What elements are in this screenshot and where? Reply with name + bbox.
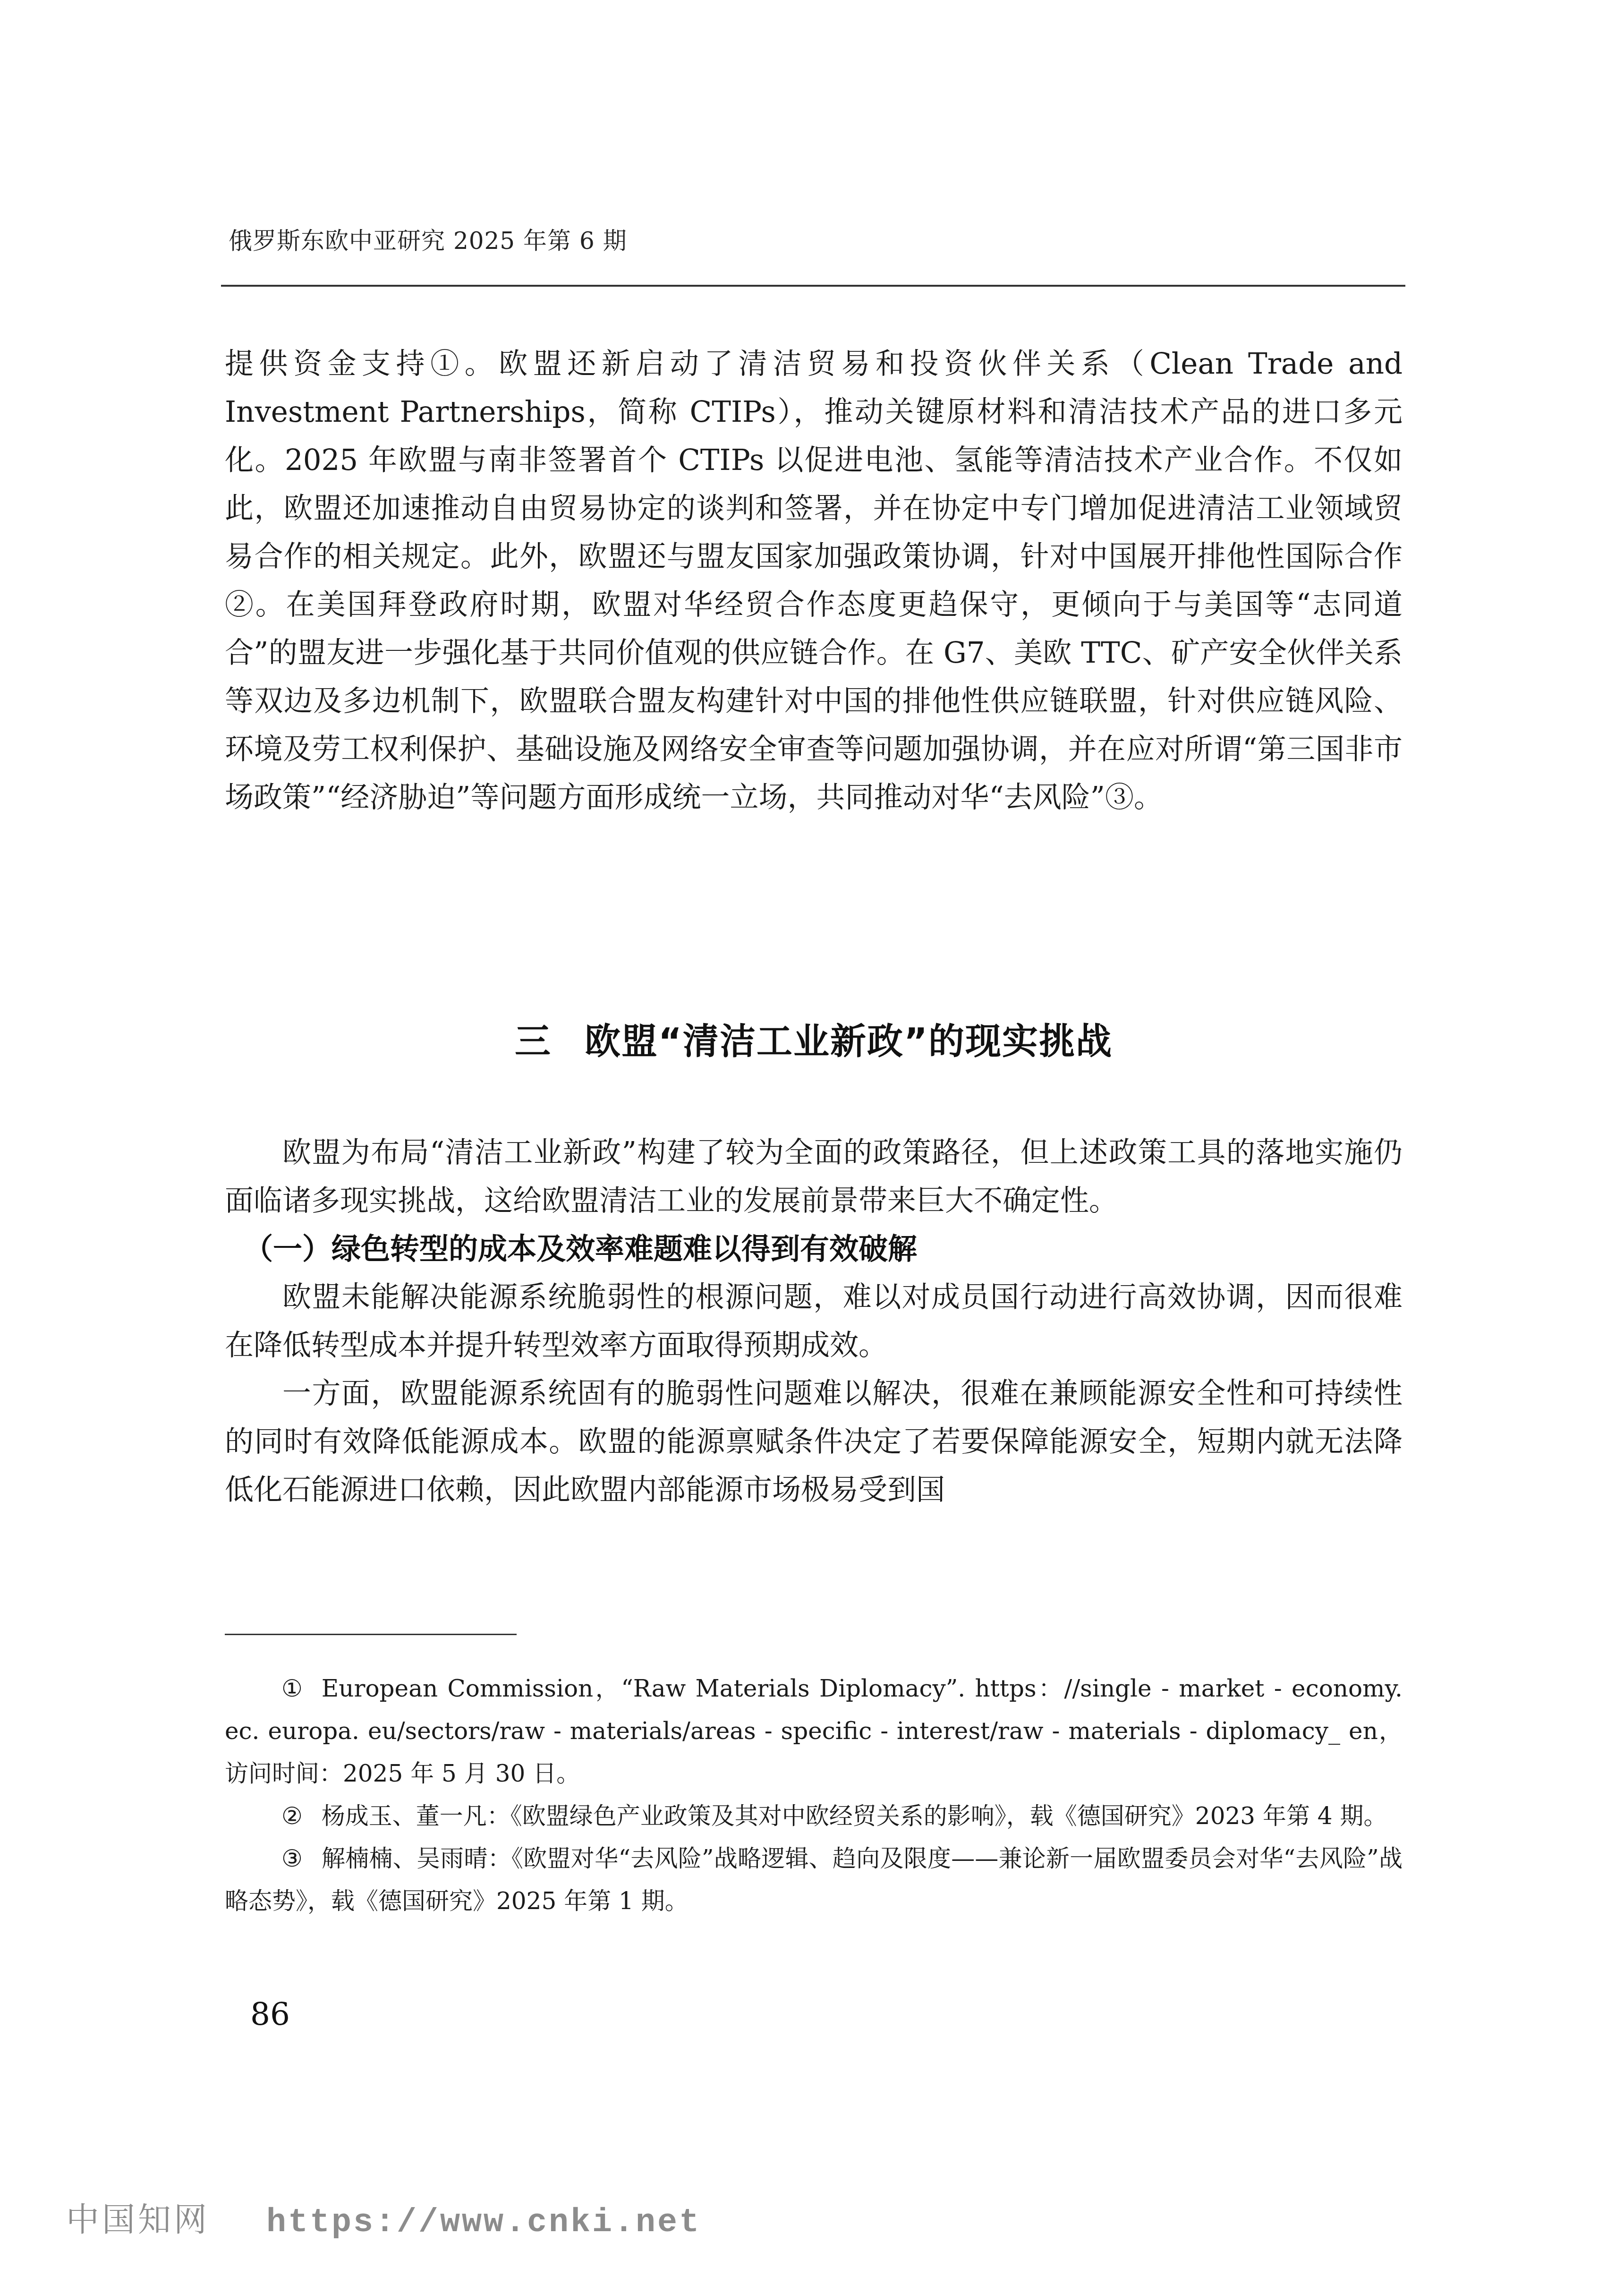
page-header: 俄罗斯东欧中亚研究 2025 年第 6 期	[221, 222, 1405, 274]
watermark-url: https://www.cnki.net	[266, 2204, 701, 2242]
footnote-text: European Commission，“Raw Materials Diplo…	[225, 1675, 1403, 1787]
section-number: 三	[515, 1020, 552, 1062]
section-heading: 三欧盟“清洁工业新政”的现实挑战	[225, 1015, 1403, 1067]
paragraph: 一方面，欧盟能源系统固有的脆弱性问题难以解决，很难在兼顾能源安全性和可持续性的同…	[225, 1370, 1403, 1514]
header-rule	[221, 285, 1405, 287]
footnotes: ①European Commission，“Raw Materials Dipl…	[225, 1667, 1403, 1922]
section-intro-paragraph: 欧盟为布局“清洁工业新政”构建了较为全面的政策路径，但上述政策工具的落地实施仍面…	[225, 1129, 1403, 1225]
paragraph: 欧盟未能解决能源系统脆弱性的根源问题，难以对成员国行动进行高效协调，因而很难在降…	[225, 1273, 1403, 1370]
section-body: 欧盟为布局“清洁工业新政”构建了较为全面的政策路径，但上述政策工具的落地实施仍面…	[225, 1129, 1403, 1514]
paragraph-continued: 提供资金支持①。欧盟还新启动了清洁贸易和投资伙伴关系（Clean Trade a…	[225, 340, 1403, 822]
watermark-name: 中国知网	[66, 2200, 210, 2239]
footnote-2: ②杨成玉、董一凡：《欧盟绿色产业政策及其对中欧经贸关系的影响》，载《德国研究》2…	[225, 1795, 1403, 1837]
footnote-rule	[225, 1634, 517, 1635]
page-number: 86	[250, 1993, 290, 2036]
section-title: 欧盟“清洁工业新政”的现实挑战	[585, 1020, 1113, 1062]
footnote-text: 解楠楠、吴雨晴：《欧盟对华“去风险”战略逻辑、趋向及限度——兼论新一届欧盟委员会…	[225, 1845, 1403, 1915]
running-head: 俄罗斯东欧中亚研究 2025 年第 6 期	[229, 222, 627, 260]
footnote-text: 杨成玉、董一凡：《欧盟绿色产业政策及其对中欧经贸关系的影响》，载《德国研究》20…	[322, 1802, 1387, 1830]
watermark: 中国知网https://www.cnki.net	[66, 2196, 701, 2243]
footnote-marker: ②	[281, 1795, 303, 1837]
footnote-marker: ①	[281, 1667, 303, 1710]
footnote-3: ③解楠楠、吴雨晴：《欧盟对华“去风险”战略逻辑、趋向及限度——兼论新一届欧盟委员…	[225, 1837, 1403, 1922]
body-text: 提供资金支持①。欧盟还新启动了清洁贸易和投资伙伴关系（Clean Trade a…	[225, 340, 1403, 822]
footnote-1: ①European Commission，“Raw Materials Dipl…	[225, 1667, 1403, 1795]
subsection-heading: （一）绿色转型的成本及效率难题难以得到有效破解	[225, 1225, 1403, 1273]
footnote-marker: ③	[281, 1837, 303, 1880]
